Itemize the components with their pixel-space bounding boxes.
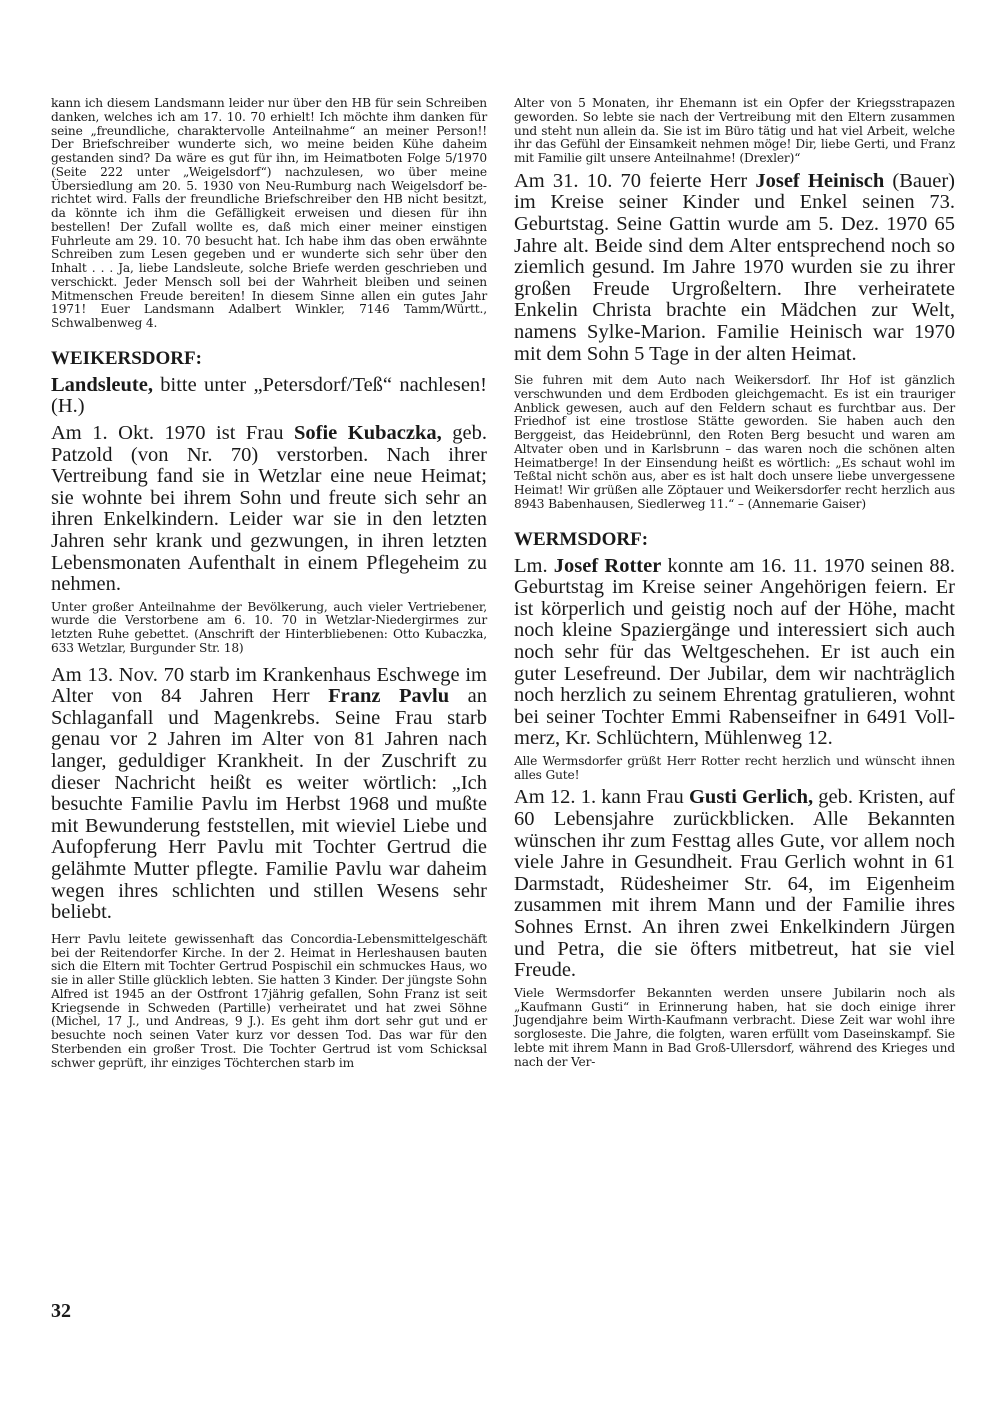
obituary-pavlu: Am 13. Nov. 70 starb im Krankenhaus Esch…: [51, 665, 487, 924]
person-name-pavlu: Franz Pavlu: [328, 685, 449, 707]
obituary-text: an Schlaganfall und Magen­krebs. Seine F…: [51, 685, 487, 923]
left-column: kann ich diesem Landsmann leider nur übe…: [51, 97, 487, 1070]
weikersdorf-notice: Landsleute, bitte unter „Petersdorf/Teß“…: [51, 375, 487, 418]
person-name-kubaczka: Sofie Kubaczka,: [294, 422, 442, 444]
birthday-rotter-greeting: Alle Wermsdorfer grüßt Herr Rotter recht…: [514, 755, 955, 783]
birthday-text: Am 31. 10. 70 feierte Herr: [514, 170, 755, 192]
birthday-heinisch: Am 31. 10. 70 feierte Herr Josef Heinisc…: [514, 171, 955, 365]
birthday-text: konnte am 16. 11. 1970 seinen 88. Geburt…: [514, 555, 955, 750]
person-name-gerlich: Gusti Gerlich,: [689, 786, 813, 808]
obituary-pavlu-details: Herr Pavlu leitete gewissenhaft das Conc…: [51, 933, 487, 1071]
letter-continuation-paragraph: kann ich diesem Landsmann leider nur übe…: [51, 97, 487, 331]
birthday-text: (Bauer) im Kreise seiner Kinder und Enke…: [514, 170, 955, 365]
person-name-heinisch: Josef Heinisch: [755, 170, 884, 192]
section-heading-weikersdorf: WEIKERSDORF:: [51, 348, 487, 370]
obituary-kubaczka: Am 1. Okt. 1970 ist Frau Sofie Kubaczka,…: [51, 423, 487, 596]
right-column: Alter von 5 Monaten, ihr Ehemann ist ein…: [514, 97, 955, 1069]
person-name-rotter: Josef Rotter: [554, 555, 662, 577]
birthday-gerlich: Am 12. 1. kann Frau Gusti Gerlich, geb. …: [514, 787, 955, 981]
birthday-heinisch-details: Sie fuhren mit dem Auto nach Weikersdorf…: [514, 374, 955, 512]
birthday-text: Lm.: [514, 555, 554, 577]
notice-bold-lead: Landsleute,: [51, 374, 153, 396]
obituary-text: Am 1. Okt. 1970 ist Frau: [51, 422, 294, 444]
obituary-kubaczka-details: Unter großer Anteilnahme der Bevölkerung…: [51, 601, 487, 656]
pavlu-continued-paragraph: Alter von 5 Monaten, ihr Ehemann ist ein…: [514, 97, 955, 166]
newspaper-page: kann ich diesem Landsmann leider nur übe…: [0, 0, 1000, 1413]
obituary-text: geb. Patzold (von Nr. 70) verstorben. Na…: [51, 422, 487, 595]
birthday-rotter: Lm. Josef Rotter konnte am 16. 11. 1970 …: [514, 556, 955, 750]
page-number: 32: [51, 1300, 71, 1323]
section-heading-wermsdorf: WERMSDORF:: [514, 529, 955, 551]
birthday-gerlich-details: Viele Wermsdorfer Bekannten werden unser…: [514, 987, 955, 1070]
birthday-text: Am 12. 1. kann Frau: [514, 786, 689, 808]
birthday-text: geb. Kristen, auf 60 Lebensjahre zurückb…: [514, 786, 955, 981]
